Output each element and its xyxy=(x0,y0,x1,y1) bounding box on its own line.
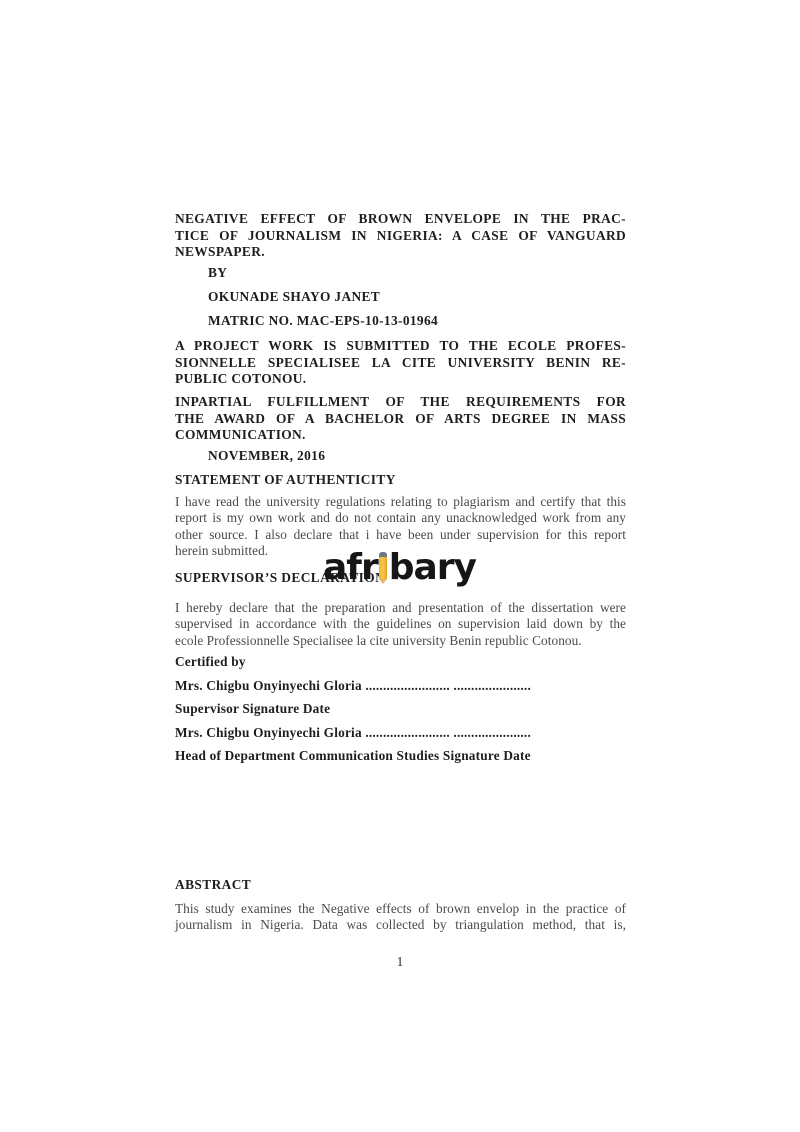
logo-text-left: afr xyxy=(323,548,378,588)
submission-line: SIONNELLE SPECIALISEE LA CITE UNIVERSITY… xyxy=(175,355,626,372)
signature-line-text: Mrs. Chigbu Onyinyechi Gloria ..........… xyxy=(175,725,626,741)
body-line: I have read the university regulations r… xyxy=(175,494,626,510)
body-line: report is my own work and do not contain… xyxy=(175,510,626,526)
document-page: NEGATIVE EFFECT OF BROWN ENVELOPE IN THE… xyxy=(0,0,800,1132)
fulfillment-line: INPARTIAL FULFILLMENT OF THE REQUIREMENT… xyxy=(175,394,626,411)
fulfillment-line: THE AWARD OF A BACHELOR OF ARTS DEGREE I… xyxy=(175,411,626,428)
submission-line: PUBLIC COTONOU. xyxy=(175,371,626,388)
pencil-icon xyxy=(379,552,387,584)
supervisor-signature-label: Supervisor Signature Date xyxy=(175,701,626,717)
matric-text: MATRIC NO. MAC-EPS-10-13-01964 xyxy=(208,313,628,330)
body-line: journalism in Nigeria. Data was collecte… xyxy=(175,917,626,933)
title-line: NEGATIVE EFFECT OF BROWN ENVELOPE IN THE… xyxy=(175,211,626,228)
matric-number: MATRIC NO. MAC-EPS-10-13-01964 xyxy=(208,313,628,330)
author-text: OKUNADE SHAYO JANET xyxy=(208,289,628,306)
submission-statement: A PROJECT WORK IS SUBMITTED TO THE ECOLE… xyxy=(175,338,626,388)
body-line: This study examines the Negative effects… xyxy=(175,901,626,917)
supervisor-body: I hereby declare that the preparation an… xyxy=(175,600,626,649)
body-line: ecole Professionnelle Specialisee la cit… xyxy=(175,633,626,649)
by-label: BY xyxy=(208,265,628,282)
fulfillment-statement: INPARTIAL FULFILLMENT OF THE REQUIREMENT… xyxy=(175,394,626,444)
signature-label-text: Head of Department Communication Studies… xyxy=(175,748,626,764)
page-number: 1 xyxy=(392,954,408,970)
signature-label-text: Supervisor Signature Date xyxy=(175,701,626,717)
document-title: NEGATIVE EFFECT OF BROWN ENVELOPE IN THE… xyxy=(175,211,626,261)
supervisor-signature-line: Mrs. Chigbu Onyinyechi Gloria ..........… xyxy=(175,678,626,694)
body-line: I hereby declare that the preparation an… xyxy=(175,600,626,616)
body-line: other source. I also declare that i have… xyxy=(175,527,626,543)
submission-line: A PROJECT WORK IS SUBMITTED TO THE ECOLE… xyxy=(175,338,626,355)
author-name: OKUNADE SHAYO JANET xyxy=(208,289,628,306)
fulfillment-line: COMMUNICATION. xyxy=(175,427,626,444)
abstract-body: This study examines the Negative effects… xyxy=(175,901,626,934)
hod-signature-label: Head of Department Communication Studies… xyxy=(175,748,626,764)
title-line: TICE OF JOURNALISM IN NIGERIA: A CASE OF… xyxy=(175,228,626,245)
abstract-heading: ABSTRACT xyxy=(175,877,626,893)
hod-signature-line: Mrs. Chigbu Onyinyechi Gloria ..........… xyxy=(175,725,626,741)
section-heading: ABSTRACT xyxy=(175,877,626,893)
date-text: NOVEMBER, 2016 xyxy=(208,448,628,465)
title-line: NEWSPAPER. xyxy=(175,244,626,261)
afribary-watermark-logo: afr bary xyxy=(323,548,479,588)
certified-by: Certified by xyxy=(175,654,626,670)
section-heading: STATEMENT OF AUTHENTICITY xyxy=(175,472,626,488)
submission-date: NOVEMBER, 2016 xyxy=(208,448,628,465)
by-text: BY xyxy=(208,265,628,282)
body-line: supervised in accordance with the guidel… xyxy=(175,616,626,632)
signature-line-text: Mrs. Chigbu Onyinyechi Gloria ..........… xyxy=(175,678,626,694)
certified-by-text: Certified by xyxy=(175,654,626,670)
authenticity-heading: STATEMENT OF AUTHENTICITY xyxy=(175,472,626,488)
logo-text-right: bary xyxy=(389,548,476,588)
